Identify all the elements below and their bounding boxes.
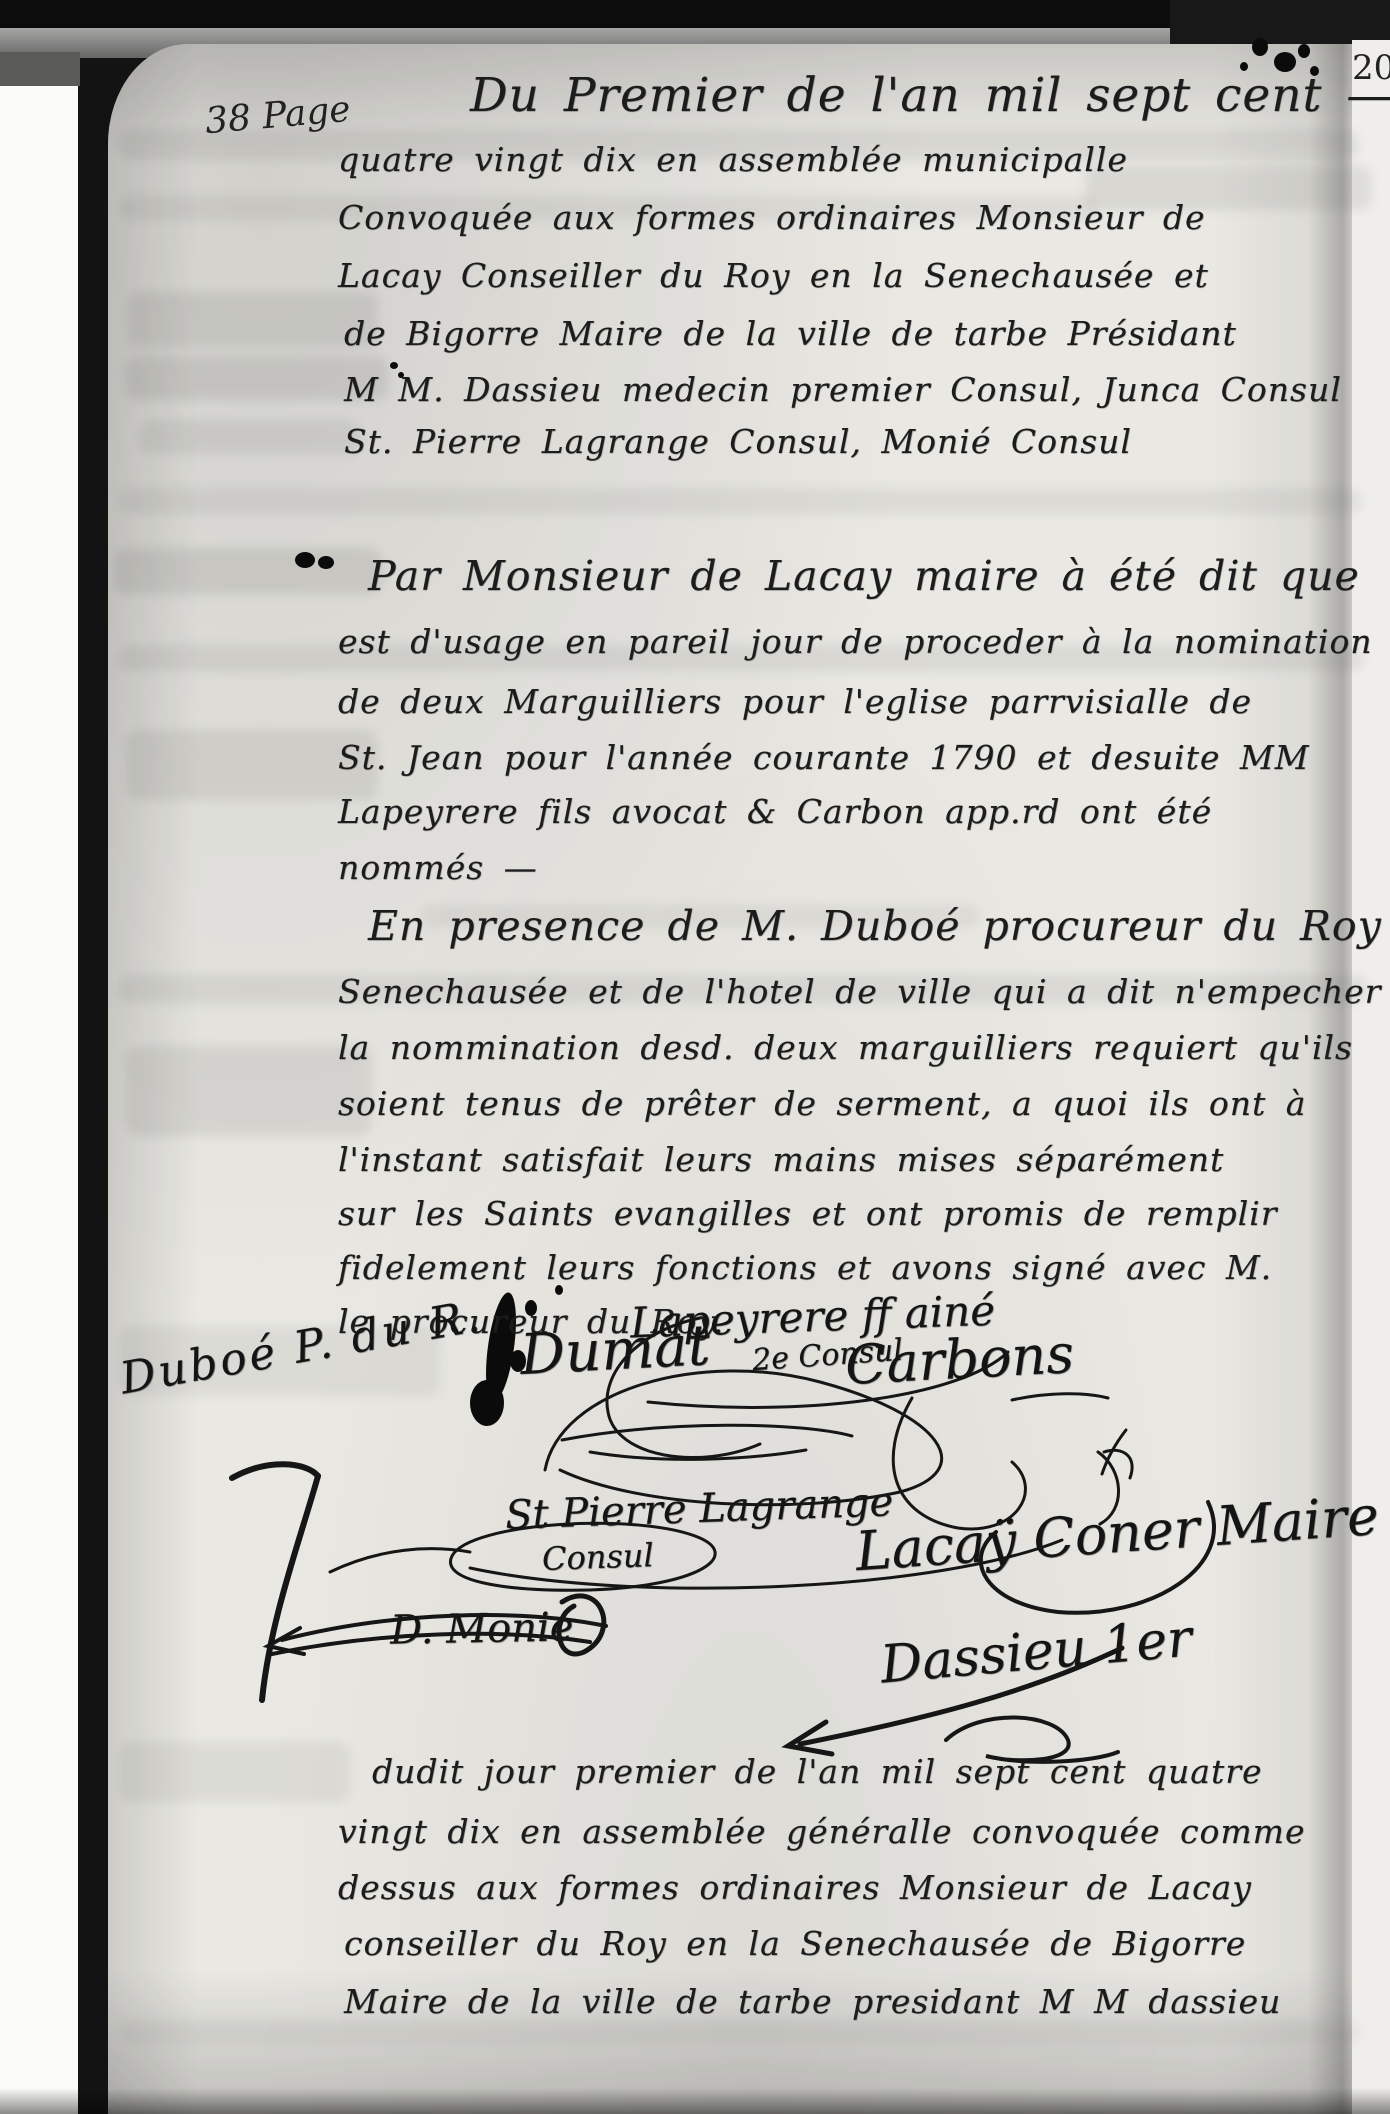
page-bottom-shadow <box>0 2088 1390 2114</box>
manuscript-line: Du Premier de l'an mil sept cent — <box>470 68 1390 123</box>
manuscript-line: soient tenus de prêter de serment, a quo… <box>338 1084 1306 1123</box>
manuscript-line: Maire de la ville de tarbe presidant M M… <box>344 1982 1281 2021</box>
manuscript-line: Par Monsieur de Lacay maire à été dit qu… <box>368 552 1360 600</box>
manuscript-line: St. Jean pour l'année courante 1790 et d… <box>338 738 1309 777</box>
manuscript-line: M M. Dassieu medecin premier Consul, Jun… <box>344 370 1342 409</box>
bleedthrough-smudge <box>118 488 1362 514</box>
manuscript-line: En presence de M. Duboé procureur du Roy… <box>368 902 1390 950</box>
ink-blot <box>390 362 398 369</box>
cover-corner <box>0 52 80 86</box>
manuscript-line: l'instant satisfait leurs mains mises sé… <box>338 1140 1224 1179</box>
ink-blot <box>470 1380 504 1426</box>
manuscript-line: vingt dix en assemblée généralle convoqu… <box>338 1812 1306 1851</box>
manuscript-line: dudit jour premier de l'an mil sept cent… <box>372 1752 1263 1791</box>
signature-monie: D. Monié <box>390 1604 574 1653</box>
book-scan: 38 Page 20 Du Premier de l'an mil sept c… <box>0 0 1390 2114</box>
manuscript-line: nommés — <box>338 848 538 887</box>
manuscript-line: de deux Marguilliers pour l'eglise parrv… <box>338 682 1252 721</box>
ink-blot <box>295 552 315 568</box>
bleedthrough-smudge <box>114 548 382 594</box>
ink-blot <box>318 556 334 569</box>
manuscript-line: Senechausée et de l'hotel de ville qui a… <box>338 972 1381 1011</box>
bleedthrough-smudge <box>128 292 378 348</box>
bleedthrough-smudge <box>120 2020 1360 2044</box>
signature-dumat: Dumat <box>518 1313 711 1388</box>
manuscript-line: sur les Saints evangilles et ont promis … <box>338 1194 1278 1233</box>
facing-page-edge <box>0 82 78 2114</box>
signature-consul-label: Consul <box>541 1536 654 1578</box>
bleedthrough-smudge <box>120 1742 350 1802</box>
bleedthrough-smudge <box>126 1046 372 1136</box>
manuscript-line: Lacay Conseiller du Roy en la Senechausé… <box>338 256 1209 295</box>
manuscript-line: fidelement leurs fonctions et avons sign… <box>338 1248 1272 1287</box>
manuscript-line: quatre vingt dix en assemblée municipall… <box>338 140 1128 179</box>
manuscript-line: St. Pierre Lagrange Consul, Monié Consul <box>344 422 1132 461</box>
manuscript-line: Lapeyrere fils avocat & Carbon app.rd on… <box>338 792 1212 831</box>
manuscript-line: est d'usage en pareil jour de proceder à… <box>338 622 1373 661</box>
manuscript-line: conseiller du Roy en la Senechausée de B… <box>344 1924 1246 1963</box>
manuscript-line: la nommination desd. deux marguilliers r… <box>338 1028 1353 1067</box>
signature-carbons: Carbons <box>844 1322 1076 1397</box>
ink-blot <box>1252 38 1268 56</box>
manuscript-line: Convoquée aux formes ordinaires Monsieur… <box>338 198 1206 237</box>
next-page-edge <box>1352 40 1390 2114</box>
manuscript-line: de Bigorre Maire de la ville de tarbe Pr… <box>344 314 1237 353</box>
bleedthrough-smudge <box>140 420 360 454</box>
manuscript-line: dessus aux formes ordinaires Monsieur de… <box>338 1868 1252 1907</box>
ink-blot <box>1298 44 1310 58</box>
